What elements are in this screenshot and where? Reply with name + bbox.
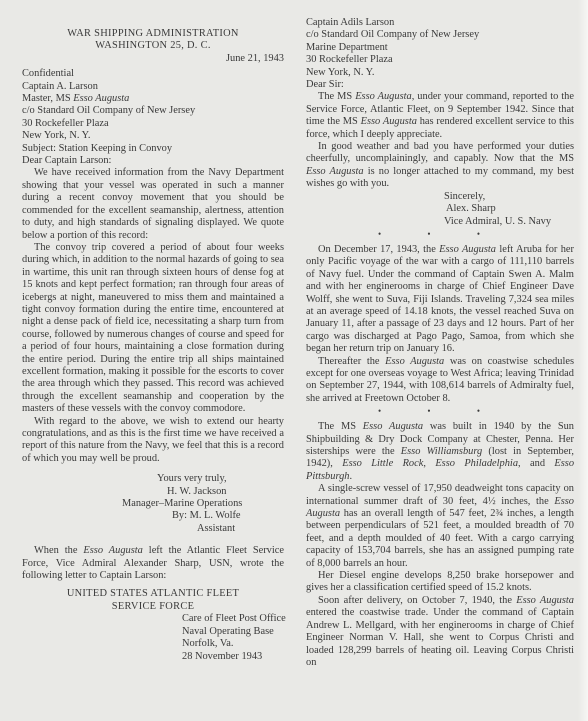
letter2-org-unit: SERVICE FORCE bbox=[22, 601, 284, 613]
address-line: Marine Department bbox=[306, 42, 574, 54]
letter1-salutation: Dear Captain Larson: bbox=[22, 155, 284, 167]
address-line: Subject: Station Keeping in Convoy bbox=[22, 143, 284, 155]
letter2-org-name: UNITED STATES ATLANTIC FLEET bbox=[22, 588, 284, 600]
letter1-org-city: WASHINGTON 25, D. C. bbox=[22, 40, 284, 52]
address-line: Naval Operating Base bbox=[182, 626, 284, 638]
letter1-signer-title: Manager–Marine Operations bbox=[122, 498, 284, 510]
address-line: Captain Adils Larson bbox=[306, 17, 574, 29]
address-line: c/o Standard Oil Company of New Jersey bbox=[22, 105, 284, 117]
section-separator: • • • bbox=[306, 228, 574, 240]
body-paragraph: Soon after delivery, on October 7, 1940,… bbox=[306, 595, 574, 669]
body-paragraph: Her Diesel engine develops 8,250 brake h… bbox=[306, 570, 574, 595]
letter1-closing: Yours very truly, bbox=[157, 473, 284, 485]
letter2-salutation: Dear Sir: bbox=[306, 79, 574, 91]
letter2-signer: Alex. Sharp bbox=[446, 203, 574, 215]
letter1-paragraph: The convoy trip covered a period of abou… bbox=[22, 242, 284, 416]
letter2-recipient-address: Captain Adils Larson c/o Standard Oil Co… bbox=[306, 17, 574, 79]
letter1-address: Confidential Captain A. Larson Master, M… bbox=[22, 68, 284, 155]
address-line: Master, MS Esso Augusta bbox=[22, 93, 284, 105]
body-paragraph: A single-screw vessel of 17,950 deadweig… bbox=[306, 483, 574, 570]
letter2-signer-title: Vice Admiral, U. S. Navy bbox=[444, 216, 574, 228]
letter1-paragraph: We have received information from the Na… bbox=[22, 167, 284, 241]
address-line: Confidential bbox=[22, 68, 284, 80]
section-separator: • • • bbox=[306, 405, 574, 417]
letter2-sender-address: Care of Fleet Post Office Naval Operatin… bbox=[182, 613, 284, 663]
address-line: 28 November 1943 bbox=[182, 651, 284, 663]
body-paragraph: On December 17, 1943, the Esso Augusta l… bbox=[306, 244, 574, 356]
left-column: WAR SHIPPING ADMINISTRATION WASHINGTON 2… bbox=[22, 0, 284, 663]
letter1-date: June 21, 1943 bbox=[22, 53, 284, 65]
page-edge bbox=[578, 0, 588, 721]
body-paragraph: The MS Esso Augusta was built in 1940 by… bbox=[306, 421, 574, 483]
letter1-by-line: By: M. L. Wolfe bbox=[172, 510, 284, 522]
address-line: Captain A. Larson bbox=[22, 81, 284, 93]
letter2-closing: Sincerely, bbox=[444, 191, 574, 203]
letter1-by-title: Assistant bbox=[197, 523, 284, 535]
address-line: Care of Fleet Post Office bbox=[182, 613, 284, 625]
right-column: Captain Adils Larson c/o Standard Oil Co… bbox=[306, 0, 574, 669]
address-line: New York, N. Y. bbox=[306, 67, 574, 79]
intro-paragraph: When the Esso Augusta left the Atlantic … bbox=[22, 545, 284, 582]
address-line: 30 Rockefeller Plaza bbox=[306, 54, 574, 66]
address-line: c/o Standard Oil Company of New Jersey bbox=[306, 29, 574, 41]
address-line: Norfolk, Va. bbox=[182, 638, 284, 650]
letter1-paragraph: With regard to the above, we wish to ext… bbox=[22, 416, 284, 466]
address-line: 30 Rockefeller Plaza bbox=[22, 118, 284, 130]
address-line: New York, N. Y. bbox=[22, 130, 284, 142]
letter1-org-name: WAR SHIPPING ADMINISTRATION bbox=[22, 28, 284, 40]
body-paragraph: Thereafter the Esso Augusta was on coast… bbox=[306, 356, 574, 406]
letter2-paragraph: In good weather and bad you have perform… bbox=[306, 141, 574, 191]
letter1-signer: H. W. Jackson bbox=[167, 486, 284, 498]
letter2-paragraph: The MS Esso Augusta, under your command,… bbox=[306, 91, 574, 141]
